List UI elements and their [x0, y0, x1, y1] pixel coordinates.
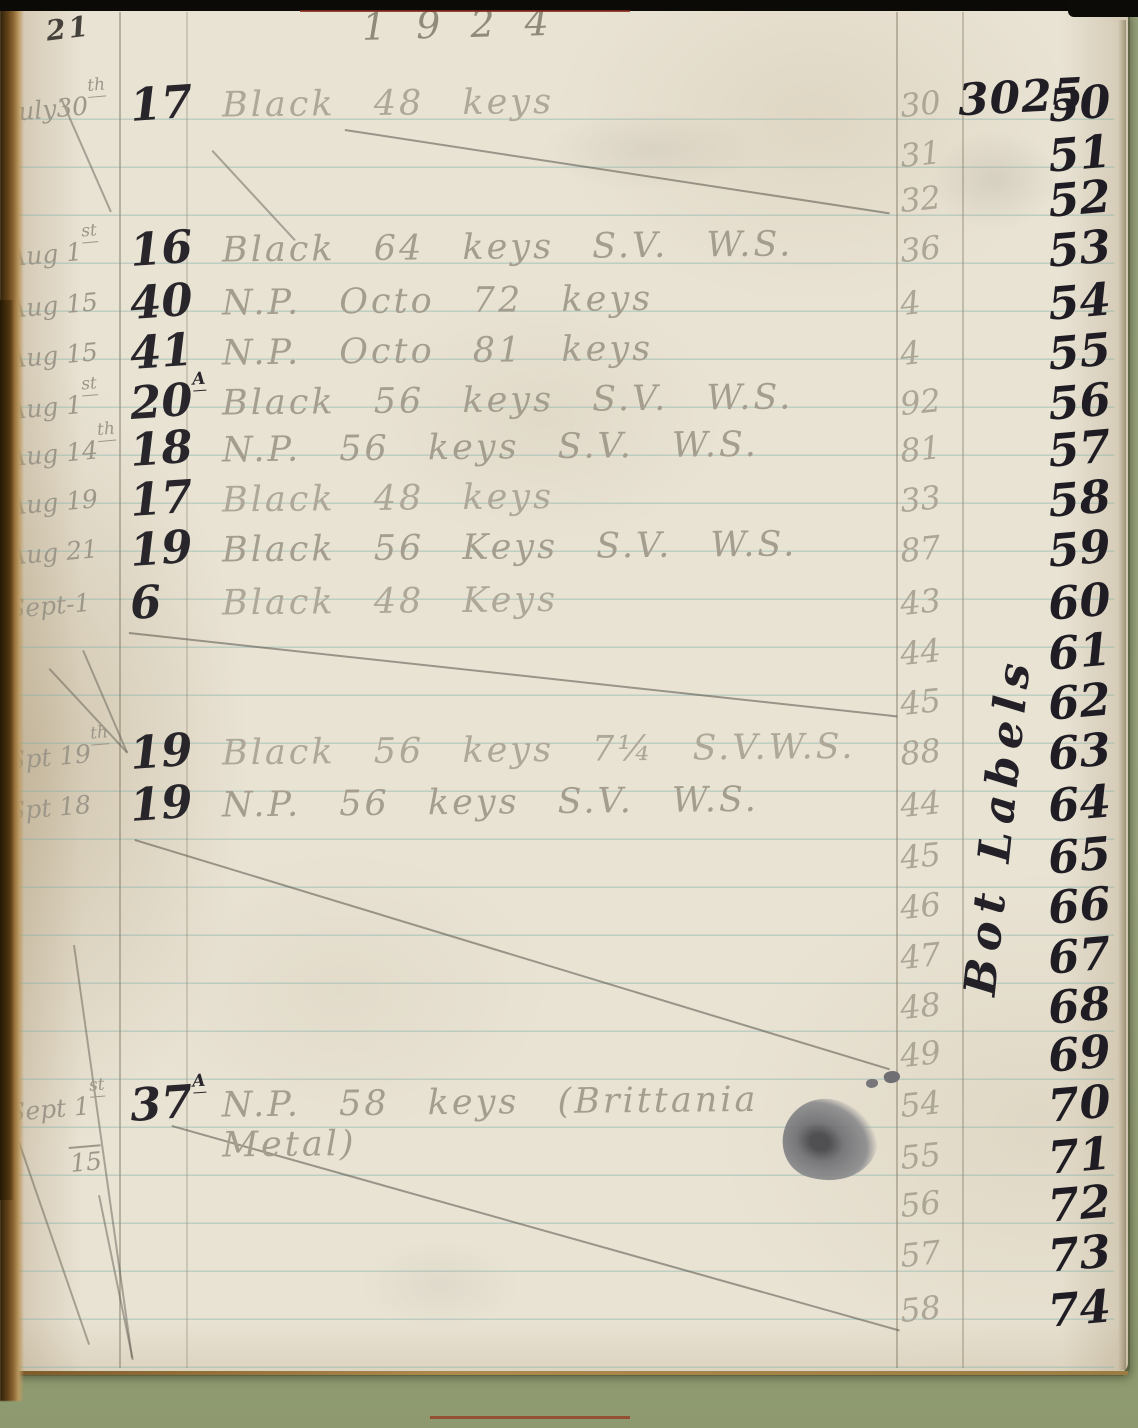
entry-qty: 17 [128, 73, 217, 132]
stock-number: 55 [898, 1133, 962, 1177]
entry-date: Aug 21 [7, 532, 123, 571]
entry-qty: 19 [128, 773, 217, 832]
ledger-row: 48 68 [0, 982, 1138, 1036]
book-top-corner [1068, 0, 1138, 17]
stock-number: 4 [898, 279, 962, 323]
entry-date: Spt 18 [7, 787, 123, 826]
stock-number: 4 [898, 329, 962, 373]
entry-date: Sept-1 [7, 585, 123, 624]
stock-number: 31 [898, 131, 962, 175]
stock-number: 46 [898, 883, 962, 927]
stock-number: 48 [898, 983, 962, 1027]
entry-date: 15 [69, 1139, 185, 1178]
ledger-page-scan: 21 1924 3025 Bot Labels July30th 17 Blac… [0, 0, 1138, 1428]
ledger-row: 58 74 [0, 1285, 1138, 1339]
entry-desc: Black 56 keys 7¼ S.V.W.S. [222, 727, 882, 774]
entry-date: Sept 1st [7, 1087, 123, 1127]
entry-desc: Black 56 Keys S.V. W.S. [222, 524, 882, 571]
stock-number: 54 [898, 1081, 962, 1125]
ledger-row: 44 61 [0, 628, 1138, 682]
ledger-row: 56 72 [0, 1180, 1138, 1234]
stock-number: 56 [898, 1181, 962, 1225]
entry-qty: 6 [128, 571, 217, 630]
stock-number: 45 [898, 679, 962, 723]
entry-desc: Black 64 keys S.V. W.S. [222, 224, 882, 271]
page-right-edge-shadow [1118, 20, 1126, 1370]
entry-qty: 37A [128, 1073, 217, 1132]
entry-desc: Black 56 keys S.V. W.S. [222, 377, 882, 424]
entry-date: Aug 19 [7, 482, 123, 521]
entry-qty: 19 [128, 518, 217, 577]
book-cover-red-edge-bottom [430, 1416, 630, 1419]
entry-qty: 16 [128, 218, 217, 277]
entry-date: Aug 15 [7, 285, 123, 324]
ledger-row: Spt 19th 19 Black 56 keys 7¼ S.V.W.S. 88… [0, 728, 1138, 782]
ledger-row: Spt 18 19 N.P. 56 keys S.V. W.S. 44 64 [0, 780, 1138, 834]
ledger-row: 15 55 71 [0, 1132, 1138, 1186]
ledger-row: 46 66 [0, 882, 1138, 936]
entry-desc: N.P. 56 keys S.V. W.S. [222, 779, 882, 826]
ledger-row: Aug 1st 16 Black 64 keys S.V. W.S. 36 53 [0, 225, 1138, 279]
stock-number: 44 [898, 629, 962, 673]
entry-desc: Black 48 Keys [222, 577, 882, 624]
book-binding-shadow [0, 300, 14, 1200]
stock-number: 57 [898, 1231, 962, 1275]
entry-date: Aug 14th [7, 432, 123, 472]
entry-desc: N.P. Octo 72 keys [222, 277, 882, 324]
entry-desc: Black 48 keys [222, 474, 882, 521]
entry-date: Aug 1st [7, 232, 123, 272]
stock-number: 88 [898, 729, 962, 773]
stock-number: 47 [898, 933, 962, 977]
ledger-row: Aug 21 19 Black 56 Keys S.V. W.S. 87 59 [0, 525, 1138, 579]
ledger-row: 57 73 [0, 1230, 1138, 1284]
stock-number: 44 [898, 781, 962, 825]
ledger-row: Sept-1 6 Black 48 Keys 43 60 [0, 578, 1138, 632]
entry-desc: Black 48 keys [222, 79, 882, 126]
stock-number: 92 [898, 379, 962, 423]
ledger-row: Sept 1st 37A N.P. 58 keys (Brittania Met… [0, 1080, 1138, 1134]
entry-date: July30th [7, 87, 123, 127]
page-bottom-edge [2, 1371, 1128, 1375]
entry-qty: 19 [128, 721, 217, 780]
stock-number: 30 [898, 81, 962, 125]
stock-number: 87 [898, 526, 962, 570]
ledger-row: 47 67 [0, 932, 1138, 986]
stock-number: 43 [898, 579, 962, 623]
entry-date: Spt 19th [7, 735, 123, 775]
book-cover-red-edge [300, 10, 630, 12]
page-number: 21 [44, 9, 93, 47]
stock-number: 49 [898, 1031, 962, 1075]
stock-number: 33 [898, 476, 962, 520]
ledger-row: 45 65 [0, 832, 1138, 886]
entry-date: Aug 15 [7, 335, 123, 374]
stock-number: 81 [898, 426, 962, 470]
stock-number: 32 [898, 176, 962, 220]
stock-number: 36 [898, 226, 962, 270]
stock-number: 45 [898, 833, 962, 877]
stock-number: 58 [898, 1286, 962, 1330]
entry-desc: N.P. Octo 81 keys [222, 327, 882, 374]
entry-desc: N.P. 56 keys S.V. W.S. [222, 424, 882, 471]
ledger-row: July30th 17 Black 48 keys 30 50 [0, 80, 1138, 134]
